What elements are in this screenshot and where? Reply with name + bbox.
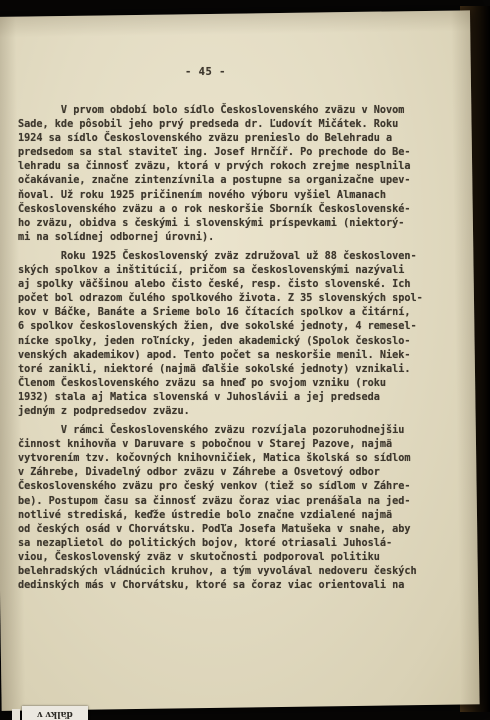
text-line: Sade, kde pôsobil jeho prvý predseda dr.… bbox=[18, 118, 458, 132]
text-line: ských spolkov a inštitúcií, pričom sa če… bbox=[18, 264, 458, 278]
text-line: predsedom sa stal staviteľ ing. Josef Hr… bbox=[18, 146, 458, 160]
text-line: jedným z podpredsedov zväzu. bbox=[18, 405, 458, 419]
text-line: venských akademikov) apod. Tento počet s… bbox=[18, 349, 458, 363]
paragraph: Roku 1925 Československý zväz združoval … bbox=[18, 250, 458, 419]
text-line: mi na solídnej odbornej úrovni). bbox=[18, 231, 458, 245]
text-line: notlivé strediská, keďže ústredie bolo z… bbox=[18, 509, 458, 523]
page-number: - 45 - bbox=[185, 66, 226, 78]
paragraph: V prvom období bolo sídlo Československé… bbox=[18, 104, 458, 245]
text-line: belehradských vládnúcich kruhov, a tým v… bbox=[18, 565, 458, 579]
text-line: lehradu sa činnosť zväzu, ktorá v prvých… bbox=[18, 160, 458, 174]
text-line: 1924 sa sídlo Československého zväzu pre… bbox=[18, 132, 458, 146]
text-line: od českých osád v Chorvátsku. Podľa Jose… bbox=[18, 523, 458, 537]
text-line: toré zanikli, niektoré (najmä ďalšie sok… bbox=[18, 363, 458, 377]
text-line: kov v Báčke, Banáte a Srieme bolo 16 čít… bbox=[18, 306, 458, 320]
text-line: Československého zväzu a o rok neskoršie… bbox=[18, 203, 458, 217]
text-line: ho zväzu, obidva s českými i slovenskými… bbox=[18, 217, 458, 231]
text-line: Roku 1925 Československý zväz združoval … bbox=[18, 250, 458, 264]
text-line: v Záhrebe, Divadelný odbor zväzu v Záhre… bbox=[18, 466, 458, 480]
text-line: V prvom období bolo sídlo Československé… bbox=[18, 104, 458, 118]
text-line: ňoval. Už roku 1925 pričinením nového vý… bbox=[18, 189, 458, 203]
inverted-facing-page-fragment: ďalkv v bbox=[22, 706, 88, 720]
paragraph: V rámci Československého zväzu rozvíjala… bbox=[18, 424, 458, 593]
text-line: Československého zväzu pro český venkov … bbox=[18, 480, 458, 494]
text-line: vytvorením tzv. kočovných knihovničiek, … bbox=[18, 452, 458, 466]
text-line: sa nezaplietol do politických bojov, kto… bbox=[18, 537, 458, 551]
text-line: be). Postupom času sa činnosť zväzu čora… bbox=[18, 495, 458, 509]
text-line: 6 spolkov československých žien, dve sok… bbox=[18, 320, 458, 334]
text-line: nícke spolky, jeden roľnícky, jeden akad… bbox=[18, 335, 458, 349]
text-line: očakávanie, značne zintenzívnila a postu… bbox=[18, 174, 458, 188]
page-content: - 45 - V prvom období bolo sídlo Českosl… bbox=[0, 0, 490, 720]
text-line: Členom Československého zväzu sa hneď po… bbox=[18, 377, 458, 391]
text-line: činnost knihovňa v Daruvare s pobočnou v… bbox=[18, 438, 458, 452]
text-line: dedinských más v Chorvátsku, ktoré sa čo… bbox=[18, 579, 458, 593]
text-line: 1932) stala aj Matica slovenská v Juhosl… bbox=[18, 391, 458, 405]
text-line: počet bol odrazom čulého spolkového živo… bbox=[18, 292, 458, 306]
facing-page-sliver bbox=[12, 709, 20, 720]
text-line: viou, Československý zväz v skutočnosti … bbox=[18, 551, 458, 565]
text-line: aj spolky väčšinou alebo čisto české, re… bbox=[18, 278, 458, 292]
page-text: V prvom období bolo sídlo Československé… bbox=[18, 104, 458, 593]
text-line: V rámci Československého zväzu rozvíjala… bbox=[18, 424, 458, 438]
